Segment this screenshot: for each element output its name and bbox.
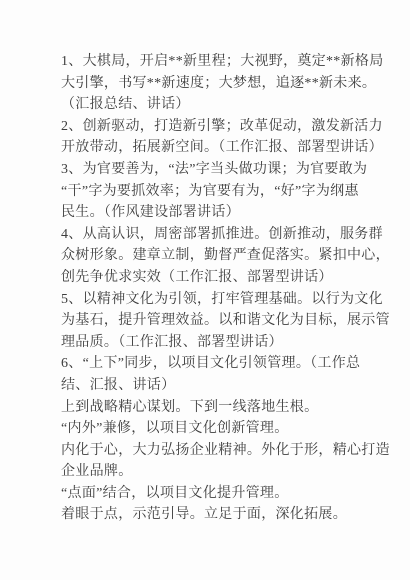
text-line: （汇报总结、讲话）: [61, 94, 376, 116]
text-line: 理品质。（工作汇报、部署型讲话）: [61, 332, 376, 354]
text-line: 5、以精神文化为引领，打牢管理基础。以行为文化: [61, 289, 376, 311]
text-line: 上到战略精心谋划。下到一线落地生根。: [61, 397, 376, 419]
text-line: 内化于心，大力弘扬企业精神。外化于形，精心打造: [61, 440, 376, 462]
text-line: “干”字为要抓效率；为官要有为，“好”字为纲惠: [61, 181, 376, 203]
text-line: 6、“上下”同步，以项目文化引领管理。（工作总: [61, 353, 376, 375]
text-line: 结、汇报、讲话）: [61, 375, 376, 397]
text-line: 为基石，提升管理效益。以和谐文化为目标，展示管: [61, 310, 376, 332]
text-line: 众树形象。建章立制，勤督严查促落实。紧扣中心，: [61, 245, 376, 267]
text-line: 1、大棋局，开启**新里程；大视野，奠定**新格局: [61, 51, 376, 73]
text-line: 着眼于点，示范引导。立足于面，深化拓展。: [61, 504, 376, 526]
text-line: 大引擎，书写**新速度；大梦想，追逐**新未来。: [61, 73, 376, 95]
text-line: 企业品牌。: [61, 461, 376, 483]
text-line: “点面”结合，以项目文化提升管理。: [61, 483, 376, 505]
text-line: “内外”兼修，以项目文化创新管理。: [61, 418, 376, 440]
document-page: 1、大棋局，开启**新里程；大视野，奠定**新格局 大引擎，书写**新速度；大梦…: [0, 0, 410, 580]
text-line: 创先争优求实效（工作汇报、部署型讲话）: [61, 267, 376, 289]
text-line: 3、为官要善为，“法”字当头做功课；为官要敢为: [61, 159, 376, 181]
text-line: 开放带动，拓展新空间。（工作汇报、部署型讲话）: [61, 137, 376, 159]
text-line: 4、从高认识，周密部署抓推进。创新推动，服务群: [61, 224, 376, 246]
text-line: 民生。（作风建设部署讲话）: [61, 202, 376, 224]
text-line: 2、创新驱动，打造新引擎；改革促动，激发新活力: [61, 116, 376, 138]
